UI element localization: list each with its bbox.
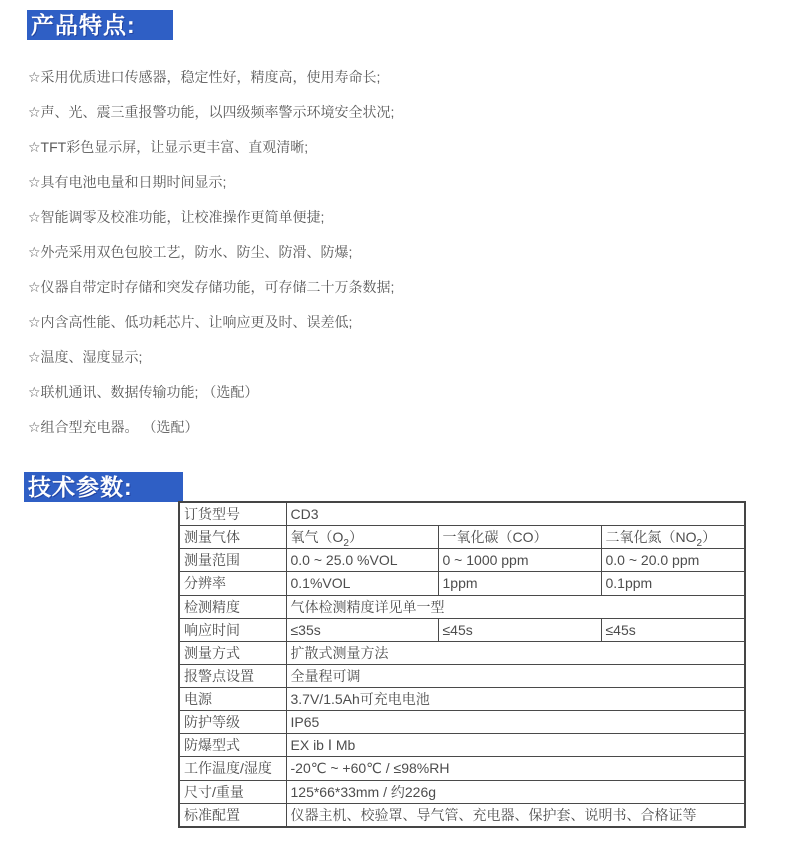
feature-item: ☆智能调零及校准功能，让校准操作更简单便捷; <box>28 200 394 235</box>
spec-label: 工作温度/湿度 <box>179 757 286 780</box>
table-row-accuracy: 检测精度 气体检测精度详见单一型 <box>179 595 745 618</box>
feature-item: ☆TFT彩色显示屏，让显示更丰富、直观清晰; <box>28 130 394 165</box>
spec-value-gas-co: 一氧化碳（CO） <box>438 526 601 549</box>
table-row-operating-temp-humidity: 工作温度/湿度 -20℃ ~ +60℃ / ≤98%RH <box>179 757 745 780</box>
spec-value: EX ib Ⅰ Mb <box>286 734 745 757</box>
specs-table: 订货型号 CD3 测量气体 氧气（O2） 一氧化碳（CO） 二氧化氮（NO2） … <box>178 501 746 828</box>
spec-value: 0.0 ~ 20.0 ppm <box>601 549 745 572</box>
spec-value: 0.1ppm <box>601 572 745 595</box>
spec-value: IP65 <box>286 711 745 734</box>
spec-label: 响应时间 <box>179 618 286 641</box>
table-row-protection-rating: 防护等级 IP65 <box>179 711 745 734</box>
feature-item: ☆联机通讯、数据传输功能; （选配） <box>28 375 394 410</box>
spec-label: 尺寸/重量 <box>179 780 286 803</box>
table-row-standard-config: 标准配置 仪器主机、校验罩、导气管、充电器、保护套、说明书、合格证等 <box>179 803 745 827</box>
table-row-range: 测量范围 0.0 ~ 25.0 %VOL 0 ~ 1000 ppm 0.0 ~ … <box>179 549 745 572</box>
gas-text: ） <box>702 529 716 545</box>
spec-label: 报警点设置 <box>179 664 286 687</box>
spec-label: 分辨率 <box>179 572 286 595</box>
table-row-resolution: 分辨率 0.1%VOL 1ppm 0.1ppm <box>179 572 745 595</box>
spec-value: 125*66*33mm / 约226g <box>286 780 745 803</box>
spec-value-gas-o2: 氧气（O2） <box>286 526 438 549</box>
feature-item: ☆仪器自带定时存储和突发存储功能，可存储二十万条数据; <box>28 270 394 305</box>
spec-value: 仪器主机、校验罩、导气管、充电器、保护套、说明书、合格证等 <box>286 803 745 827</box>
feature-item: ☆组合型充电器。 （选配） <box>28 410 394 445</box>
table-row-order-model: 订货型号 CD3 <box>179 502 745 526</box>
spec-label: 测量范围 <box>179 549 286 572</box>
gas-text: 一氧化碳（CO） <box>443 529 548 545</box>
gas-text: 氧气（O <box>291 529 344 545</box>
specs-section-title: 技术参数: <box>24 472 183 502</box>
spec-label: 标准配置 <box>179 803 286 827</box>
spec-label: 防爆型式 <box>179 734 286 757</box>
table-row-response-time: 响应时间 ≤35s ≤45s ≤45s <box>179 618 745 641</box>
spec-value: 1ppm <box>438 572 601 595</box>
spec-value: ≤45s <box>601 618 745 641</box>
gas-text: 二氧化氮（NO <box>606 529 697 545</box>
spec-value: 3.7V/1.5Ah可充电电池 <box>286 688 745 711</box>
spec-value: ≤35s <box>286 618 438 641</box>
spec-value-gas-no2: 二氧化氮（NO2） <box>601 526 745 549</box>
table-row-measure-method: 测量方式 扩散式测量方法 <box>179 641 745 664</box>
spec-label: 订货型号 <box>179 502 286 526</box>
spec-label: 防护等级 <box>179 711 286 734</box>
feature-item: ☆温度、湿度显示; <box>28 340 394 375</box>
spec-label: 电源 <box>179 688 286 711</box>
features-list: ☆采用优质进口传感器，稳定性好，精度高，使用寿命长; ☆声、光、震三重报警功能，… <box>28 60 394 445</box>
spec-label: 检测精度 <box>179 595 286 618</box>
table-row-size-weight: 尺寸/重量 125*66*33mm / 约226g <box>179 780 745 803</box>
table-row-gases: 测量气体 氧气（O2） 一氧化碳（CO） 二氧化氮（NO2） <box>179 526 745 549</box>
feature-item: ☆声、光、震三重报警功能，以四级频率警示环境安全状况; <box>28 95 394 130</box>
spec-value: ≤45s <box>438 618 601 641</box>
spec-value: 气体检测精度详见单一型 <box>286 595 745 618</box>
spec-label: 测量方式 <box>179 641 286 664</box>
spec-value: 0 ~ 1000 ppm <box>438 549 601 572</box>
spec-value: 0.0 ~ 25.0 %VOL <box>286 549 438 572</box>
spec-value: -20℃ ~ +60℃ / ≤98%RH <box>286 757 745 780</box>
spec-value: 0.1%VOL <box>286 572 438 595</box>
spec-label: 测量气体 <box>179 526 286 549</box>
spec-value: 全量程可调 <box>286 664 745 687</box>
spec-value: CD3 <box>286 502 745 526</box>
feature-item: ☆外壳采用双色包胶工艺，防水、防尘、防滑、防爆; <box>28 235 394 270</box>
table-row-explosion-proof: 防爆型式 EX ib Ⅰ Mb <box>179 734 745 757</box>
gas-text: ） <box>349 529 363 545</box>
feature-item: ☆采用优质进口传感器，稳定性好，精度高，使用寿命长; <box>28 60 394 95</box>
features-section-title: 产品特点: <box>27 10 173 40</box>
feature-item: ☆具有电池电量和日期时间显示; <box>28 165 394 200</box>
spec-value: 扩散式测量方法 <box>286 641 745 664</box>
feature-item: ☆内含高性能、低功耗芯片、让响应更及时、误差低; <box>28 305 394 340</box>
table-row-power: 电源 3.7V/1.5Ah可充电电池 <box>179 688 745 711</box>
table-row-alarm-setting: 报警点设置 全量程可调 <box>179 664 745 687</box>
